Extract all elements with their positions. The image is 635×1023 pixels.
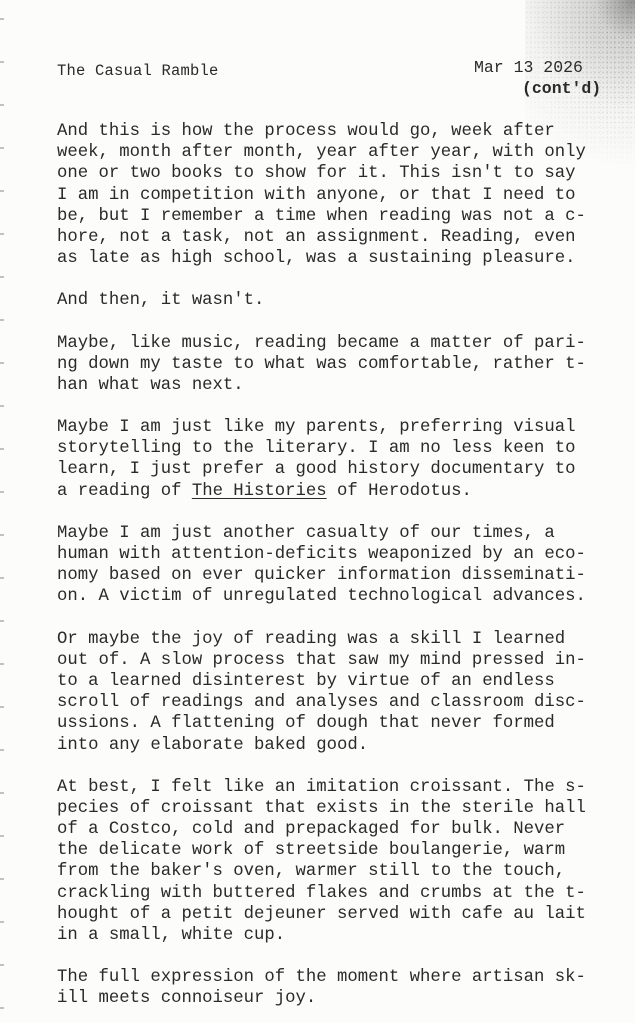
text-line: nomy based on ever quicker information d… (57, 565, 617, 586)
text-line: storytelling to the literary. I am no le… (57, 438, 617, 459)
document-date: Mar 13 2026 (474, 58, 583, 77)
text-line: And this is how the process would go, we… (57, 121, 617, 142)
text-line: Maybe I am just another casualty of our … (57, 523, 617, 544)
text-line: ill meets connoiseur joy. (57, 988, 617, 1009)
text-line: human with attention-deficits weaponized… (57, 544, 617, 565)
text-line: Maybe I am just like my parents, preferr… (57, 417, 617, 438)
text-line: hought of a petit dejeuner served with c… (57, 904, 617, 925)
paragraph: And this is how the process would go, we… (57, 121, 617, 269)
text-line: Maybe, like music, reading became a matt… (57, 333, 617, 354)
text-line: learn, I just prefer a good history docu… (57, 459, 617, 480)
text-line: scroll of readings and analyses and clas… (57, 692, 617, 713)
text-line: At best, I felt like an imitation croiss… (57, 777, 617, 798)
paragraph: Maybe, like music, reading became a matt… (57, 333, 617, 397)
text-line: be, but I remember a time when reading w… (57, 206, 617, 227)
text-line: in a small, white cup. (57, 925, 617, 946)
typewritten-page: The Casual Ramble Mar 13 2026 (cont'd) A… (0, 0, 635, 1023)
text-line: han what was next. (57, 375, 617, 396)
page-edge-marks (0, 0, 4, 1023)
paragraph: And then, it wasn't. (57, 290, 617, 311)
text-line: the delicate work of streetside boulange… (57, 840, 617, 861)
continued-label: (cont'd) (522, 79, 601, 98)
book-title-underlined: The Histories (192, 482, 327, 501)
document-title: The Casual Ramble (57, 62, 219, 80)
text-line: out of. A slow process that saw my mind … (57, 650, 617, 671)
text-fragment: a reading of (57, 482, 192, 501)
text-line: pecies of croissant that exists in the s… (57, 798, 617, 819)
paragraph: Maybe I am just like my parents, preferr… (57, 417, 617, 502)
text-line: week, month after month, year after year… (57, 142, 617, 163)
text-line: ussions. A flattening of dough that neve… (57, 713, 617, 734)
text-line: The full expression of the moment where … (57, 967, 617, 988)
text-line: crackling with buttered flakes and crumb… (57, 883, 617, 904)
paragraph: Or maybe the joy of reading was a skill … (57, 629, 617, 756)
text-line: on. A victim of unregulated technologica… (57, 586, 617, 607)
document-body: And this is how the process would go, we… (57, 121, 617, 1023)
text-line: one or two books to show for it. This is… (57, 163, 617, 184)
paragraph: At best, I felt like an imitation croiss… (57, 777, 617, 947)
text-line: of a Costco, cold and prepackaged for bu… (57, 819, 617, 840)
text-line: Or maybe the joy of reading was a skill … (57, 629, 617, 650)
text-line: as late as high school, was a sustaining… (57, 248, 617, 269)
paragraph: The full expression of the moment where … (57, 967, 617, 1009)
text-line: hore, not a task, not an assignment. Rea… (57, 227, 617, 248)
text-line: ng down my taste to what was comfortable… (57, 354, 617, 375)
text-line: a reading of The Histories of Herodotus. (57, 481, 617, 502)
text-fragment: of Herodotus. (327, 482, 472, 501)
text-line: to a learned disinterest by virtue of an… (57, 671, 617, 692)
text-line: from the baker's oven, warmer still to t… (57, 861, 617, 882)
text-line: I am in competition with anyone, or that… (57, 185, 617, 206)
text-line: into any elaborate baked good. (57, 735, 617, 756)
paragraph: Maybe I am just another casualty of our … (57, 523, 617, 608)
text-line: And then, it wasn't. (57, 290, 617, 311)
